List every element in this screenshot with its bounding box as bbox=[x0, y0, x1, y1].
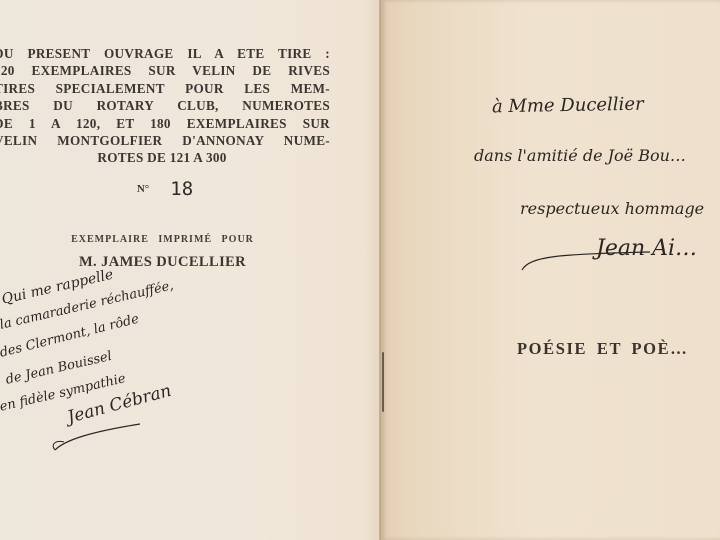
justification-line: BRES DU ROTARY CLUB, NUMEROTES bbox=[0, 97, 330, 114]
justification-line: TIRES SPECIALEMENT POUR LES MEM- bbox=[0, 80, 330, 97]
copy-number: N° 18 bbox=[0, 178, 330, 200]
book-title: POÉSIE ET POÈ… bbox=[517, 339, 688, 359]
justification-line: 120 EXEMPLAIRES SUR VELIN DE RIVES bbox=[0, 62, 330, 79]
page-gutter bbox=[379, 0, 382, 540]
copy-number-prefix: N° bbox=[137, 183, 149, 195]
handwritten-line: dans l'amitié de Joë Bou… bbox=[474, 146, 686, 165]
justification-line: VELIN MONTGOLFIER D'ANNONAY NUME- bbox=[0, 132, 330, 149]
justification-text: DU PRESENT OUVRAGE IL A ETE TIRE : 120 E… bbox=[0, 45, 330, 167]
printed-for-label: EXEMPLAIRE IMPRIMÉ POUR bbox=[0, 234, 325, 245]
staple bbox=[382, 352, 384, 412]
copy-number-value: 18 bbox=[170, 178, 193, 200]
signature-flourish bbox=[50, 420, 170, 460]
handwritten-line: respectueux hommage bbox=[520, 199, 704, 218]
justification-line: DE 1 A 120, ET 180 EXEMPLAIRES SUR bbox=[0, 115, 330, 132]
recipient-name: M. JAMES DUCELLIER bbox=[0, 254, 325, 271]
signature-flourish bbox=[520, 246, 660, 276]
handwritten-line: à Mme Ducellier bbox=[492, 94, 644, 118]
justification-line: DU PRESENT OUVRAGE IL A ETE TIRE : bbox=[0, 45, 330, 62]
justification-line: ROTES DE 121 A 300 bbox=[0, 149, 330, 166]
